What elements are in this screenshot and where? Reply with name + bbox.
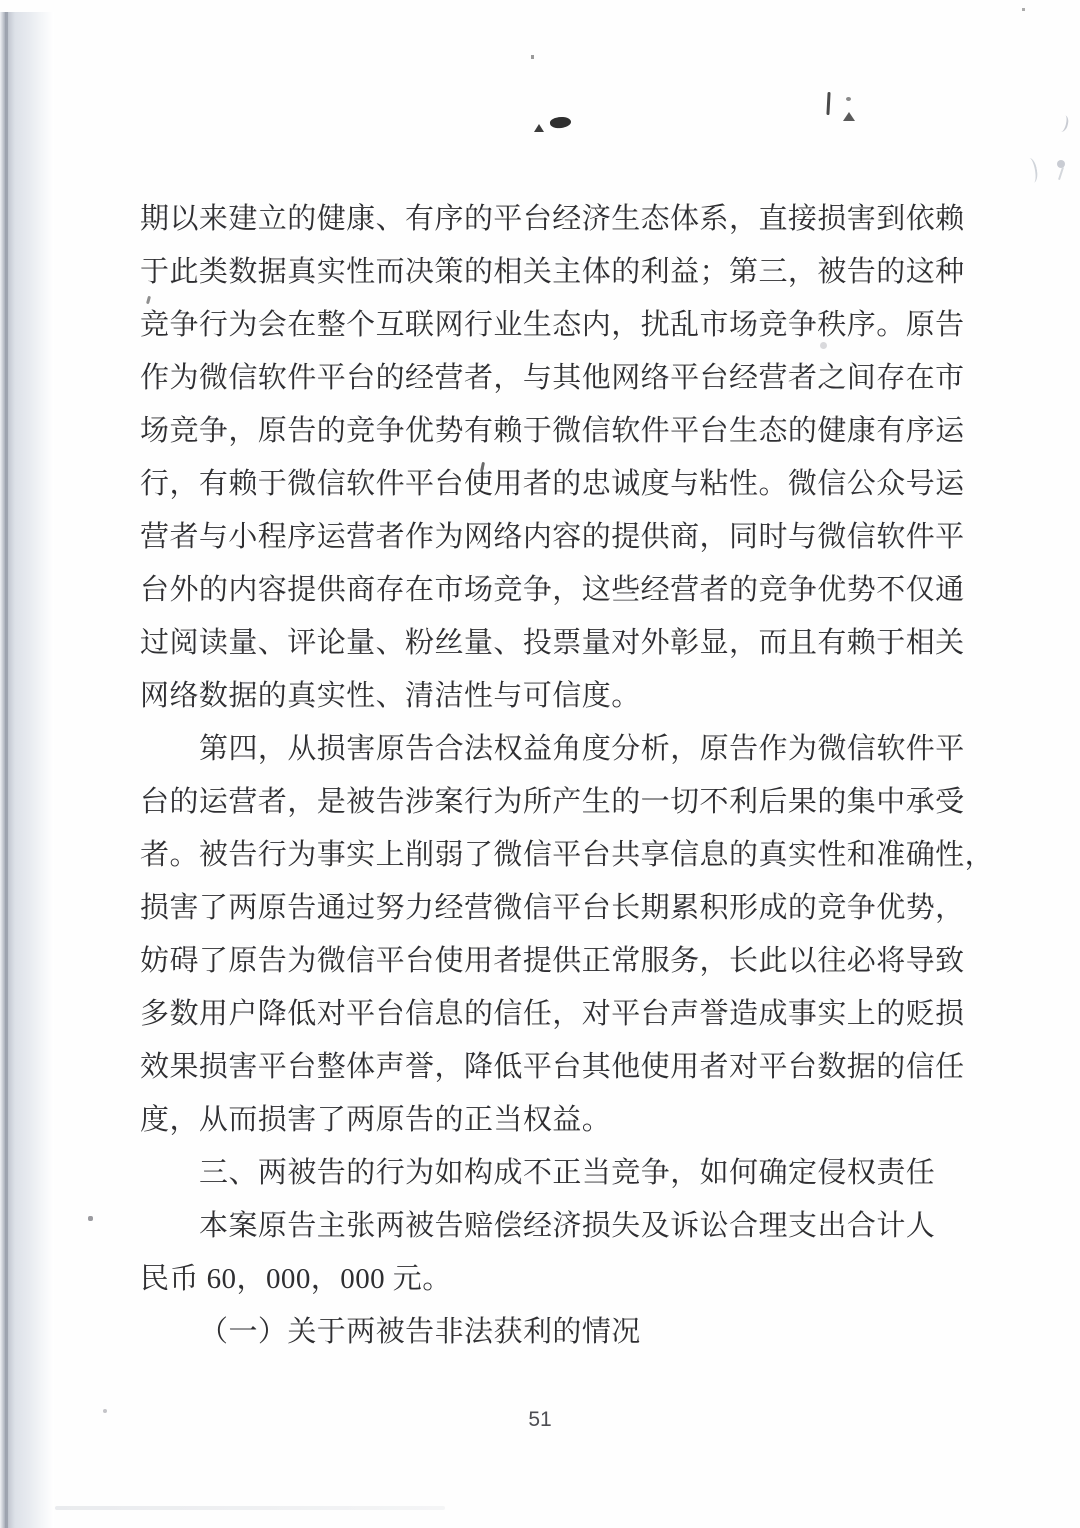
dust-speck-artifact xyxy=(88,1216,93,1221)
ink-speck-artifact xyxy=(534,124,544,132)
text-line: 者。被告行为事实上削弱了微信平台共享信息的真实性和准确性， xyxy=(140,829,970,882)
text-line: 竞争行为会在整个互联网行业生态内，扰乱市场竞争秩序。原告 xyxy=(140,299,970,352)
ink-blob-artifact xyxy=(549,116,571,130)
text-line: 期以来建立的健康、有序的平台经济生态体系，直接损害到依赖 xyxy=(140,193,970,246)
text-line: 台的运营者，是被告涉案行为所产生的一切不利后果的集中承受 xyxy=(140,776,970,829)
ink-speck-artifact xyxy=(843,112,855,121)
faint-curl-artifact xyxy=(1056,114,1070,133)
dust-speck-artifact xyxy=(1022,8,1025,11)
gray-dot-artifact xyxy=(820,342,827,349)
text-line: 妨碍了原告为微信平台使用者提供正常服务，长此以往必将导致 xyxy=(140,935,970,988)
faint-curl-artifact xyxy=(1024,157,1039,184)
text-line: 场竞争，原告的竞争优势有赖于微信软件平台生态的健康有序运 xyxy=(140,405,970,458)
text-line: 度，从而损害了两原告的正当权益。 xyxy=(140,1094,970,1147)
text-line: 本案原告主张两被告赔偿经济损失及诉讼合理支出合计人 xyxy=(140,1200,970,1253)
scan-smudge-artifact xyxy=(55,1506,445,1510)
text-line: 营者与小程序运营者作为网络内容的提供商，同时与微信软件平 xyxy=(140,511,970,564)
text-line: 网络数据的真实性、清洁性与可信度。 xyxy=(140,670,970,723)
text-line: 行，有赖于微信软件平台使用者的忠诚度与粘性。微信公众号运 xyxy=(140,458,970,511)
text-line: 效果损害平台整体声誉，降低平台其他使用者对平台数据的信任 xyxy=(140,1041,970,1094)
body-text: 期以来建立的健康、有序的平台经济生态体系，直接损害到依赖 于此类数据真实性而决策… xyxy=(140,193,970,1359)
scan-edge-line xyxy=(5,12,8,1528)
text-line: 第四，从损害原告合法权益角度分析，原告作为微信软件平 xyxy=(140,723,970,776)
ink-dot-artifact xyxy=(846,97,851,101)
text-line: 三、两被告的行为如构成不正当竞争，如何确定侵权责任 xyxy=(140,1147,970,1200)
document-page: 期以来建立的健康、有序的平台经济生态体系，直接损害到依赖 于此类数据真实性而决策… xyxy=(0,0,1080,1528)
text-line: 作为微信软件平台的经营者，与其他网络平台经营者之间存在市 xyxy=(140,352,970,405)
faint-tail-artifact xyxy=(1058,167,1064,180)
scan-edge-shadow xyxy=(0,12,54,1528)
text-line: 过阅读量、评论量、粉丝量、投票量对外彰显，而且有赖于相关 xyxy=(140,617,970,670)
text-line: 损害了两原告通过努力经营微信平台长期累积形成的竞争优势， xyxy=(140,882,970,935)
text-line: （一）关于两被告非法获利的情况 xyxy=(140,1306,970,1359)
pen-tick-artifact xyxy=(826,92,830,115)
dust-speck-artifact xyxy=(531,55,534,59)
page-number: 51 xyxy=(0,1408,1080,1432)
text-line: 台外的内容提供商存在市场竞争，这些经营者的竞争优势不仅通 xyxy=(140,564,970,617)
text-line: 多数用户降低对平台信息的信任，对平台声誉造成事实上的贬损 xyxy=(140,988,970,1041)
text-line: 于此类数据真实性而决策的相关主体的利益；第三，被告的这种 xyxy=(140,246,970,299)
text-line: 民币 60，000，000 元。 xyxy=(140,1253,970,1306)
